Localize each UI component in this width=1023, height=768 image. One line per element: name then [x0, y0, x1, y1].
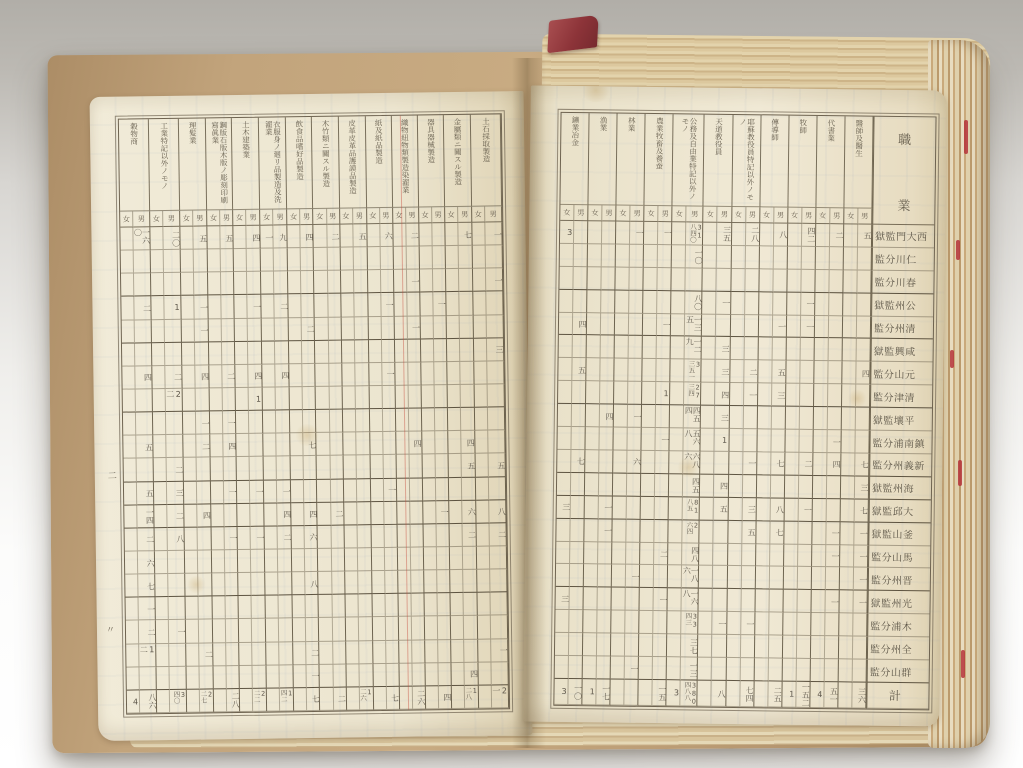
data-cell	[572, 381, 586, 404]
sex-subheader: 女	[207, 210, 220, 226]
data-cell	[451, 616, 464, 639]
data-cell: 二〇	[163, 227, 180, 250]
data-cell	[411, 571, 424, 594]
data-cell: 一	[433, 293, 446, 316]
data-cell: 三	[716, 360, 730, 383]
data-cell	[586, 427, 600, 450]
data-cell: 七	[307, 688, 320, 711]
data-cell	[644, 245, 658, 268]
data-cell	[475, 454, 488, 477]
data-cell: 一	[223, 411, 236, 434]
data-cell	[354, 294, 368, 317]
data-cell	[699, 566, 713, 589]
data-cell: 一	[486, 269, 503, 292]
data-cell	[670, 428, 684, 451]
data-cell	[247, 272, 261, 295]
data-cell	[386, 663, 399, 686]
data-cell: 一	[801, 315, 815, 338]
data-cell	[657, 337, 671, 360]
data-cell	[816, 224, 830, 247]
data-cell	[393, 247, 406, 270]
data-cell	[585, 450, 599, 473]
data-cell	[640, 542, 654, 565]
row-label: 監分川仁	[872, 248, 934, 272]
data-cell	[289, 318, 302, 341]
data-cell	[425, 663, 438, 686]
data-cell	[183, 435, 196, 458]
data-cell	[314, 271, 327, 294]
data-cell	[587, 290, 601, 313]
data-cell	[407, 293, 420, 316]
data-cell	[385, 594, 398, 617]
data-cell	[461, 408, 475, 431]
data-cell	[235, 342, 248, 365]
data-cell	[583, 656, 597, 679]
data-cell	[185, 574, 198, 597]
data-cell	[340, 248, 353, 271]
data-cell	[713, 589, 727, 612]
data-cell	[740, 635, 754, 658]
data-cell	[398, 571, 411, 594]
data-cell	[211, 504, 224, 527]
data-cell	[703, 291, 717, 314]
data-cell: 七	[771, 452, 785, 475]
data-cell: 四五	[683, 474, 700, 497]
data-cell: 3	[560, 221, 574, 244]
data-cell	[170, 666, 187, 689]
data-cell	[341, 317, 354, 340]
data-cell	[726, 658, 740, 681]
data-cell	[698, 635, 712, 658]
data-cell	[588, 244, 602, 267]
column-header: 器具器械製造	[418, 115, 445, 207]
data-cell: 六	[627, 451, 641, 474]
data-cell	[785, 407, 799, 430]
column-header: 土石採取製造	[471, 114, 502, 206]
data-cell	[827, 476, 841, 499]
sex-subheader: 男	[718, 207, 732, 223]
data-cell	[301, 248, 314, 271]
data-cell: 四五四	[684, 406, 701, 429]
data-cell	[813, 453, 827, 476]
data-cell	[168, 551, 185, 574]
data-cell	[328, 294, 341, 317]
data-cell	[755, 590, 769, 613]
data-cell: 一	[658, 222, 672, 245]
data-cell	[700, 497, 714, 520]
sex-subheader: 女	[588, 205, 602, 221]
data-cell	[856, 339, 870, 362]
data-cell	[153, 435, 166, 458]
data-cell: 一	[630, 222, 644, 245]
data-cell	[236, 434, 249, 457]
data-cell	[395, 386, 408, 409]
data-cell	[435, 431, 448, 454]
data-cell: 二	[199, 643, 213, 666]
data-cell	[671, 337, 685, 360]
data-cell	[424, 570, 437, 593]
data-cell	[754, 658, 768, 681]
data-cell	[487, 361, 504, 384]
data-cell	[712, 658, 726, 681]
data-cell	[839, 659, 853, 682]
data-cell	[314, 225, 327, 248]
sex-subheader: 女	[150, 211, 163, 227]
column-header: 穀物商	[119, 119, 150, 211]
data-cell	[209, 319, 222, 342]
data-cell: 一	[628, 405, 642, 428]
data-cell	[289, 341, 302, 364]
data-cell: 七	[386, 687, 399, 710]
data-cell	[639, 634, 653, 657]
data-cell: 二	[406, 223, 419, 246]
row-label: 獄監州光	[867, 591, 929, 615]
ribbon-bookmark	[547, 15, 598, 54]
data-cell	[124, 482, 137, 505]
data-cell	[463, 593, 477, 616]
left-table: 穀物商工業特記以外ノモノ理髪業鋼版石版木版ノ彫刻印刷寫眞業土木建築業衣服身ノ廻リ…	[118, 113, 510, 714]
data-cell: 一	[194, 296, 208, 319]
sex-subheader: 女	[340, 208, 353, 224]
data-cell: 三	[487, 338, 504, 361]
data-cell	[197, 481, 211, 504]
data-cell	[370, 432, 383, 455]
data-cell	[412, 617, 425, 640]
data-cell	[588, 221, 602, 244]
data-cell: 五	[353, 224, 367, 247]
data-cell	[359, 641, 373, 664]
data-cell	[186, 643, 199, 666]
data-cell: 四	[464, 662, 478, 685]
data-cell	[319, 572, 332, 595]
data-cell	[449, 501, 462, 524]
data-cell	[461, 385, 475, 408]
data-cell	[783, 567, 797, 590]
data-cell	[569, 610, 583, 633]
data-cell: 四	[276, 364, 290, 387]
data-cell: 一	[491, 639, 508, 662]
data-cell: 八	[774, 223, 788, 246]
data-cell	[126, 644, 139, 667]
data-cell	[855, 431, 869, 454]
data-cell	[384, 502, 397, 525]
data-cell	[702, 314, 716, 337]
data-cell: 五	[572, 358, 586, 381]
data-cell	[800, 361, 814, 384]
data-cell	[136, 412, 153, 435]
data-cell	[437, 593, 450, 616]
data-cell	[769, 567, 783, 590]
data-cell	[331, 525, 344, 548]
data-cell	[643, 313, 657, 336]
data-cell	[397, 478, 410, 501]
data-cell	[267, 665, 280, 688]
data-cell	[264, 434, 277, 457]
data-cell	[292, 549, 305, 572]
data-cell	[698, 658, 712, 681]
data-cell	[796, 659, 810, 682]
sex-subheader: 男	[830, 208, 844, 224]
data-cell: 81 八五	[683, 497, 700, 520]
data-cell	[655, 520, 669, 543]
data-cell	[642, 382, 656, 405]
data-cell	[572, 404, 586, 427]
data-cell	[155, 551, 168, 574]
sex-subheader: 女	[180, 211, 193, 227]
column-header: 理髪業	[179, 118, 207, 210]
data-cell	[669, 520, 683, 543]
data-cell	[210, 435, 223, 458]
data-cell: 七	[571, 450, 585, 473]
sex-subheader: 男	[220, 210, 233, 226]
data-cell	[786, 361, 800, 384]
sex-subheader: 男	[193, 210, 207, 226]
data-cell	[555, 656, 569, 679]
column-header: 代書業	[816, 116, 845, 208]
data-cell	[330, 456, 343, 479]
data-cell	[267, 688, 280, 711]
column-header: 工業特記以外ノモノ	[149, 119, 180, 211]
data-cell: 一八六	[682, 566, 699, 589]
data-cell	[703, 223, 717, 246]
data-cell: 一六八	[682, 589, 699, 612]
data-cell: 一	[798, 499, 812, 522]
data-cell: 一五	[653, 680, 667, 706]
data-cell: 一	[436, 501, 449, 524]
data-cell	[447, 339, 460, 362]
data-cell: 一四	[137, 505, 154, 528]
data-cell: 一	[248, 295, 262, 318]
data-cell	[558, 358, 572, 381]
data-cell	[209, 342, 222, 365]
data-cell	[370, 409, 383, 432]
data-cell	[460, 315, 474, 338]
data-cell	[438, 663, 451, 686]
data-cell: 2 六四	[683, 520, 700, 543]
data-cell	[829, 316, 843, 339]
row-label: 監分津清	[870, 385, 932, 409]
data-cell	[315, 317, 328, 340]
data-cell	[425, 617, 438, 640]
data-cell	[654, 611, 668, 634]
data-cell	[814, 407, 828, 430]
data-cell	[249, 411, 263, 434]
data-cell	[123, 436, 136, 459]
data-cell	[727, 612, 741, 635]
data-cell	[239, 642, 252, 665]
data-cell	[476, 500, 489, 523]
data-cell	[628, 382, 642, 405]
data-cell	[586, 404, 600, 427]
data-cell: 五	[858, 224, 872, 247]
data-cell	[626, 588, 640, 611]
data-cell	[758, 384, 772, 407]
sex-subheader: 女	[732, 207, 746, 223]
data-cell	[264, 480, 277, 503]
data-cell: 二	[138, 528, 155, 551]
data-cell: 二	[167, 504, 184, 527]
data-cell	[812, 499, 826, 522]
column-header: 醫師及醫生	[844, 116, 873, 208]
data-cell	[438, 616, 451, 639]
data-cell	[152, 366, 165, 389]
data-cell: 一	[853, 591, 867, 614]
data-cell	[487, 315, 504, 338]
data-cell: 一	[599, 496, 613, 519]
data-cell	[293, 619, 306, 642]
data-cell	[611, 657, 625, 680]
data-cell	[450, 547, 463, 570]
data-cell	[602, 221, 616, 244]
data-cell: 四	[600, 405, 614, 428]
data-cell	[671, 360, 685, 383]
data-cell	[124, 459, 137, 482]
data-cell	[559, 312, 573, 335]
data-cell	[277, 434, 291, 457]
data-cell: 二	[278, 526, 292, 549]
data-cell	[355, 386, 369, 409]
data-cell	[355, 340, 369, 363]
sex-subheader: 男	[432, 207, 445, 223]
data-cell	[669, 497, 683, 520]
data-cell	[356, 479, 370, 502]
data-cell: 3	[554, 679, 568, 705]
data-cell	[154, 505, 167, 528]
data-cell	[656, 405, 670, 428]
data-cell: 六	[305, 526, 318, 549]
data-cell: 四八	[682, 543, 699, 566]
data-cell	[288, 225, 301, 248]
data-cell	[169, 643, 186, 666]
data-cell	[154, 458, 167, 481]
data-cell: 二	[331, 502, 344, 525]
data-cell	[814, 384, 828, 407]
data-cell	[276, 387, 290, 410]
left-page: 穀物商工業特記以外ノモノ理髪業鋼版石版木版ノ彫刻印刷寫眞業土木建築業衣服身ノ廻リ…	[90, 91, 533, 741]
data-cell	[182, 342, 195, 365]
data-cell	[345, 572, 358, 595]
data-cell	[320, 641, 333, 664]
data-cell: 2 一	[492, 685, 509, 708]
data-cell	[426, 686, 439, 709]
data-cell: 二	[744, 360, 758, 383]
data-cell	[266, 642, 279, 665]
data-cell: 一	[826, 545, 840, 568]
data-cell	[151, 250, 164, 273]
data-cell	[570, 564, 584, 587]
data-cell	[828, 339, 842, 362]
data-cell	[788, 224, 802, 247]
data-cell	[731, 246, 745, 269]
data-cell	[703, 268, 717, 291]
data-cell: 二	[222, 365, 235, 388]
data-cell	[342, 386, 355, 409]
data-cell	[367, 247, 380, 270]
data-cell	[357, 525, 371, 548]
red-ink-mark	[958, 460, 962, 486]
data-cell	[214, 689, 227, 712]
data-cell	[787, 315, 801, 338]
data-cell	[265, 503, 278, 526]
data-cell	[700, 474, 714, 497]
data-cell: 一	[196, 412, 210, 435]
data-cell: 一	[307, 665, 320, 688]
data-cell	[641, 474, 655, 497]
data-cell	[394, 270, 407, 293]
data-cell	[478, 639, 491, 662]
row-label: 監分州義新	[869, 454, 931, 478]
data-cell	[667, 634, 681, 657]
data-cell	[601, 290, 615, 313]
data-cell	[557, 450, 571, 473]
data-cell	[715, 452, 729, 475]
data-cell	[234, 272, 247, 295]
sex-subheader: 女	[393, 208, 406, 224]
data-cell	[330, 479, 343, 502]
data-cell	[303, 364, 316, 387]
data-cell	[657, 359, 671, 382]
data-cell	[421, 339, 434, 362]
data-cell	[423, 524, 436, 547]
data-cell: 27 三四	[684, 383, 701, 406]
data-cell	[477, 593, 490, 616]
data-cell	[588, 267, 602, 290]
data-cell	[584, 542, 598, 565]
data-cell	[583, 633, 597, 656]
data-cell	[727, 589, 741, 612]
data-cell	[432, 223, 445, 246]
data-cell	[701, 406, 715, 429]
data-cell: 五	[742, 521, 756, 544]
data-cell	[730, 360, 744, 383]
data-cell	[181, 296, 194, 319]
sex-subheader: 男	[301, 209, 314, 225]
data-cell	[318, 549, 331, 572]
data-cell	[730, 337, 744, 360]
data-cell	[140, 667, 157, 690]
data-cell	[843, 316, 857, 339]
data-cell	[358, 594, 372, 617]
data-cell	[420, 293, 433, 316]
data-cell	[437, 547, 450, 570]
data-cell: 三	[557, 496, 571, 519]
data-cell	[277, 457, 291, 480]
data-cell	[197, 458, 211, 481]
data-cell	[263, 387, 276, 410]
data-cell	[136, 389, 153, 412]
data-cell	[293, 595, 306, 618]
data-cell	[332, 572, 345, 595]
data-cell	[384, 525, 397, 548]
data-cell	[672, 245, 686, 268]
data-cell	[641, 520, 655, 543]
data-cell	[346, 664, 359, 687]
data-cell: 31 八四〇	[686, 222, 703, 245]
data-cell	[627, 519, 641, 542]
data-cell: 三	[772, 384, 786, 407]
data-cell	[226, 619, 239, 642]
data-cell	[783, 613, 797, 636]
sex-subheader: 女	[287, 209, 300, 225]
column-header: 衣服身ノ廻リ品製造及洗濯業	[259, 117, 287, 209]
data-cell	[853, 614, 867, 637]
data-cell	[235, 295, 248, 318]
data-cell	[213, 643, 226, 666]
data-cell	[813, 476, 827, 499]
data-cell	[447, 362, 460, 385]
data-cell: 二	[799, 453, 813, 476]
data-cell	[556, 564, 570, 587]
